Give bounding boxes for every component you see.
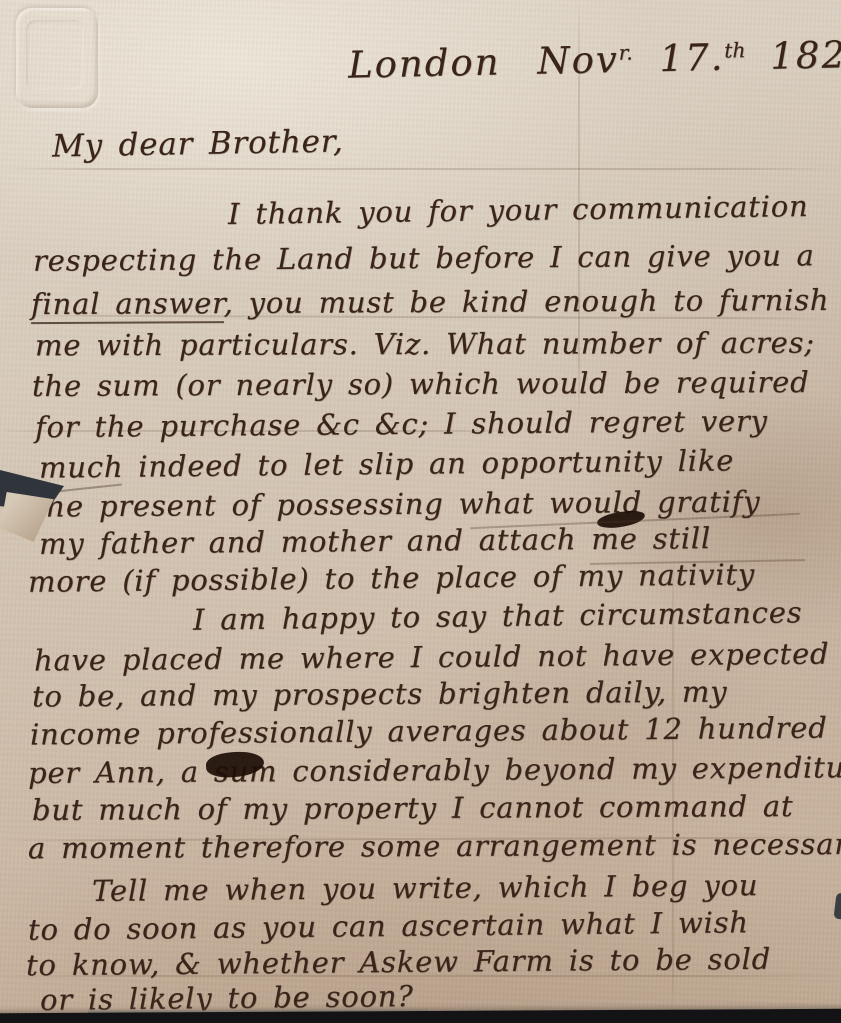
letter-line: to do soon as you can ascertain what I w… — [28, 905, 749, 947]
dateline-month: Nov — [537, 38, 619, 83]
letter-photograph: London Novr. 17.th 1820. My dear Brother… — [0, 0, 841, 1023]
letter-line: me with particulars. Viz. What number of… — [35, 326, 815, 363]
letter-line: final answer, you must be kind enough to… — [31, 283, 829, 321]
letter-line: to know, & whether Askew Farm is to be s… — [26, 942, 771, 982]
letter-line: respecting the Land but before I can giv… — [33, 238, 815, 277]
letter-line: I thank you for your communication — [228, 189, 809, 231]
letter-line: Tell me when you write, which I beg you — [92, 868, 759, 908]
letter-line: to be, and my prospects brighten daily, … — [32, 675, 728, 714]
embossed-seal-inner — [26, 20, 84, 90]
letter-line-rest: , you must be kind enough to furnish — [224, 283, 830, 320]
underlined-phrase: final answer — [31, 286, 224, 324]
letter-line: much indeed to let slip an opportunity l… — [39, 443, 734, 484]
salutation: My dear Brother, — [52, 123, 344, 164]
letter-line: the sum (or nearly so) which would be re… — [32, 365, 810, 403]
dateline-day-superscript: th — [724, 38, 746, 62]
letter-line: I am happy to say that circumstances — [193, 595, 803, 636]
letter-line: income professionally averages about 12 … — [30, 711, 828, 752]
embossed-seal — [16, 8, 98, 108]
dateline-year: 1820. — [770, 32, 841, 77]
letter-line: for the purchase &c &c; I should regret … — [35, 404, 768, 444]
letter-line: per Ann, a sum considerably beyond my ex… — [28, 750, 841, 790]
dateline-month-superscript: r. — [618, 40, 632, 64]
letter-line: a moment therefore some arrangement is n… — [28, 827, 841, 865]
paper-crease — [0, 168, 841, 170]
letter-line: but much of my property I cannot command… — [32, 789, 794, 827]
dateline-city: London — [348, 40, 501, 86]
dateline-day: 17. — [659, 36, 725, 80]
paper-edge-nick — [833, 893, 841, 920]
dateline: London Novr. 17.th 1820. — [348, 32, 841, 86]
letter-line: the present of possessing what would gra… — [34, 484, 761, 523]
letter-line: have placed me where I could not have ex… — [34, 637, 830, 678]
